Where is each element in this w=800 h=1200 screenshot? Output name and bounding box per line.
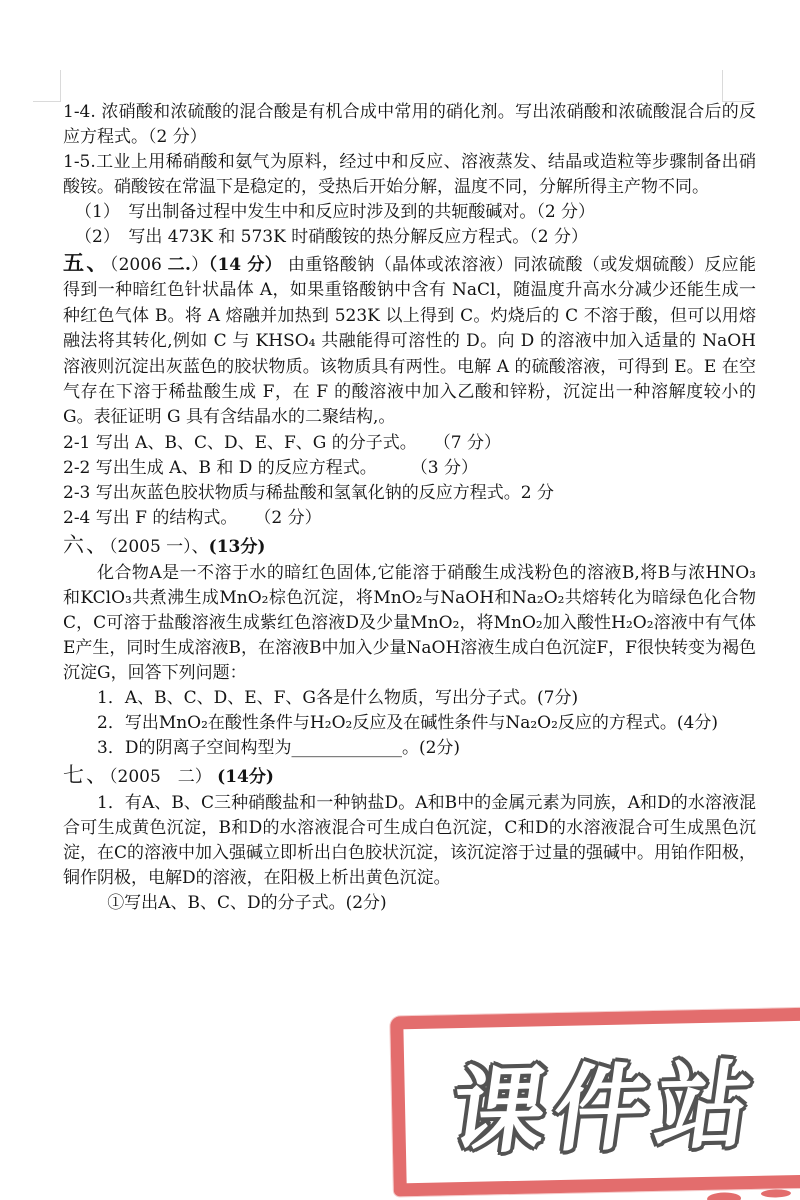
question-1-5-intro: 1-5.工业上用稀硝酸和氨气为原料，经过中和反应、溶液蒸发、结晶或造粒等步骤制备… [63,150,756,200]
section-7-number: 七、 [63,763,109,787]
section-6-question-2: 2．写出MnO₂在酸性条件与H₂O₂反应及在碱性条件与Na₂O₂反应的方程式。(… [63,711,756,736]
section-7-body: 1．有A、B、C三种硝酸盐和一种钠盐D。A和B中的金属元素为同族，A和D的水溶液… [63,791,756,891]
question-1-5-sub2: （2） 写出 473K 和 573K 时硝酸铵的热分解反应方程式。（2 分） [63,225,756,250]
section-5-source-pre: （2006 [110,255,168,275]
section-5-source-post: ） [191,255,209,275]
text-boundary-mark-left [33,70,61,102]
document-page: 1-4. 浓硝酸和浓硫酸的混合酸是有机合成中常用的硝化剂。写出浓硝酸和浓硫酸混合… [0,0,800,1200]
section-5-body: 由重铬酸钠（晶体或浓溶液）同浓硫酸（或发烟硫酸）反应能得到一种暗红色针状晶体 A… [63,255,756,427]
section-6-source: （2005 一）、 [109,537,209,557]
text-boundary-mark-right [722,70,752,102]
section-5-source-bold: 二. [168,255,191,275]
section-7-question-1: ①写出A、B、C、D的分子式。(2分) [63,891,756,916]
question-2-3: 2-3 写出灰蓝色胶状物质与稀盐酸和氢氧化钠的反应方程式。2 分 [63,481,756,506]
section-7-heading: 七、（2005 二） (14分) [63,761,756,791]
question-2-1: 2-1 写出 A、B、C、D、E、F、G 的分子式。 （7 分） [63,431,756,456]
section-6-question-3: 3．D的阴离子空间构型为_____________。(2分) [63,736,756,761]
section-5-paragraph: 五、（2006 二.）（14 分） 由重铬酸钠（晶体或浓溶液）同浓硫酸（或发烟硫… [63,250,756,431]
section-5-number: 五、 [63,250,110,275]
question-1-5-sub1: （1） 写出制备过程中发生中和反应时涉及到的共轭酸碱对。（2 分） [63,200,756,225]
section-6-question-1: 1．A、B、C、D、E、F、G各是什么物质，写出分子式。(7分) [63,686,756,711]
exam-text-body: 1-4. 浓硝酸和浓硫酸的混合酸是有机合成中常用的硝化剂。写出浓硝酸和浓硫酸混合… [63,100,756,916]
question-2-2: 2-2 写出生成 A、B 和 D 的反应方程式。 （3 分） [63,456,756,481]
section-6-score: (13分) [209,537,266,557]
section-6-body: 化合物A是一不溶于水的暗红色固体,它能溶于硝酸生成浅粉色的溶液B,将B与浓HNO… [63,561,756,686]
question-2-4: 2-4 写出 F 的结构式。 （2 分） [63,506,756,531]
question-1-4: 1-4. 浓硝酸和浓硫酸的混合酸是有机合成中常用的硝化剂。写出浓硝酸和浓硫酸混合… [63,100,756,150]
section-7-source: （2005 二） [109,767,212,787]
section-5-score: （14 分） [209,255,283,275]
section-7-score: (14分) [217,767,274,787]
section-6-heading: 六、（2005 一）、(13分) [63,531,756,561]
stamp-text: 课件站 [444,1029,768,1171]
red-watermark-stamp: 课件站 [390,1008,800,1197]
section-6-number: 六、 [63,533,109,557]
